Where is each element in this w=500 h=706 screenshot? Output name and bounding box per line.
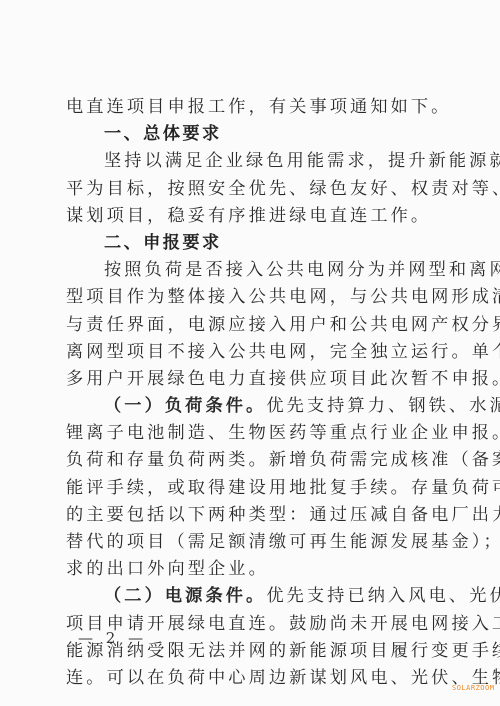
- text-line: 连。可以在负荷中心周边新谋划风电、光伏、生物质发电等新能: [66, 665, 436, 692]
- text-line: 替代的项目（需足额清缴可再生能源发展基金）；有降碳刚性需: [66, 529, 436, 556]
- text-line: 离网型项目不接入公共电网，完全独立运行。单个新能源项目向: [66, 339, 436, 366]
- text-line: 谋划项目，稳妥有序推进绿电直连工作。: [66, 203, 436, 230]
- section-heading-general: 一、总体要求: [66, 121, 436, 148]
- text-line: 负荷和存量负荷两类。新增负荷需完成核准（备案）并取得环评、: [66, 447, 436, 474]
- text-line: 能评手续，或取得建设用地批复手续。存量负荷可开展绿电直连: [66, 475, 436, 502]
- subsection-lead: （二）电源条件。: [104, 586, 266, 606]
- section-heading-requirements: 二、申报要求: [66, 230, 436, 257]
- subsection-power-conditions: （二）电源条件。优先支持已纳入风电、光伏项目储备库的: [66, 583, 436, 610]
- text-line: 坚持以满足企业绿色用能需求，提升新能源就近就地消纳水: [66, 148, 436, 175]
- subsection-lead: （一）负荷条件。: [104, 396, 266, 416]
- text-line: 的主要包括以下两种类型：通过压减自备电厂出力实现清洁能源: [66, 502, 436, 529]
- subsection-load-conditions: （一）负荷条件。优先支持算力、钢铁、水泥、化工、制氢、: [66, 393, 436, 420]
- text-line: 与责任界面，电源应接入用户和公共电网产权分界点的用户侧；: [66, 312, 436, 339]
- text-line: 电直连项目申报工作，有关事项通知如下。: [66, 94, 436, 121]
- text-line: 求的出口外向型企业。: [66, 556, 436, 583]
- text-line: 多用户开展绿色电力直接供应项目此次暂不申报。: [66, 366, 436, 393]
- text-line: 按照负荷是否接入公共电网分为并网型和离网型两类。并网: [66, 257, 436, 284]
- watermark: SOLARZOOM: [452, 684, 494, 692]
- text-span: 优先支持已纳入风电、光伏项目储备库的: [266, 586, 500, 606]
- document-body: 电直连项目申报工作，有关事项通知如下。 一、总体要求 坚持以满足企业绿色用能需求…: [66, 94, 436, 692]
- text-line: 平为目标，按照安全优先、绿色友好、权责对等、源荷匹配原则: [66, 176, 436, 203]
- text-span: 优先支持算力、钢铁、水泥、化工、制氢、: [266, 396, 500, 416]
- page-number: — 2 —: [78, 629, 147, 647]
- text-line: 型项目作为整体接入公共电网，与公共电网形成清晰的物理界面: [66, 284, 436, 311]
- document-page: 电直连项目申报工作，有关事项通知如下。 一、总体要求 坚持以满足企业绿色用能需求…: [0, 0, 500, 706]
- text-line: 锂离子电池制造、生物医药等重点行业企业申报。具体分为新增: [66, 420, 436, 447]
